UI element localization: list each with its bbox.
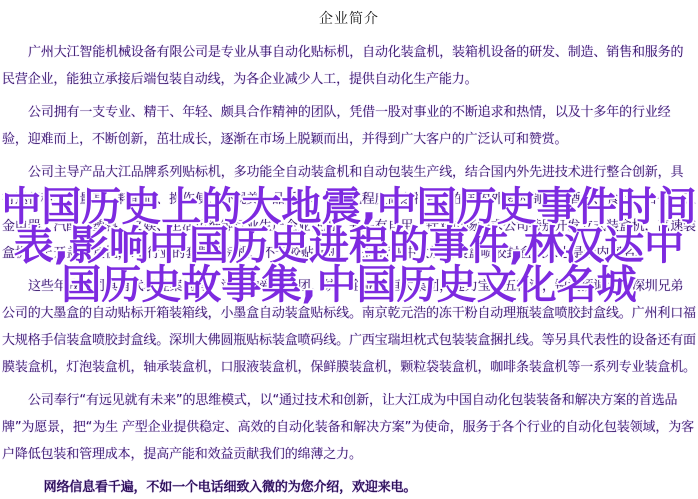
paragraph-vision: 公司奉行“有远见就有未来”的思维模式，以“通过技术和创新，让大江成为中国自动化包… [2, 387, 696, 468]
page-title: 企业简介 [2, 5, 696, 33]
paragraph-cases: 这些年我公司具有代表性案例有：浙江纳爱斯集团，统一企业，恒大集团，健力宝，五粮液… [2, 273, 696, 381]
company-profile-document: 企业简介 广州大江智能机械设备有限公司是专业从事自动化贴标机，自动化装盒机，装箱… [0, 0, 698, 499]
paragraph-team: 公司拥有一支专业、精干、年轻、颇具合作精神的团队，凭借一股对事业的不断追求和热情… [2, 99, 696, 153]
closing-line: 网络信息看千遍，不如一个电话细致入微的为您介绍，欢迎来电。 [2, 474, 696, 499]
paragraph-products: 公司主导产品大江品牌系列贴标机，多功能全自动装盒机和自动包装生产线，结合国内外先… [2, 159, 696, 267]
paragraph-company-intro: 广州大江智能机械设备有限公司是专业从事自动化贴标机，自动化装盒机，装箱机设备的研… [2, 39, 696, 93]
